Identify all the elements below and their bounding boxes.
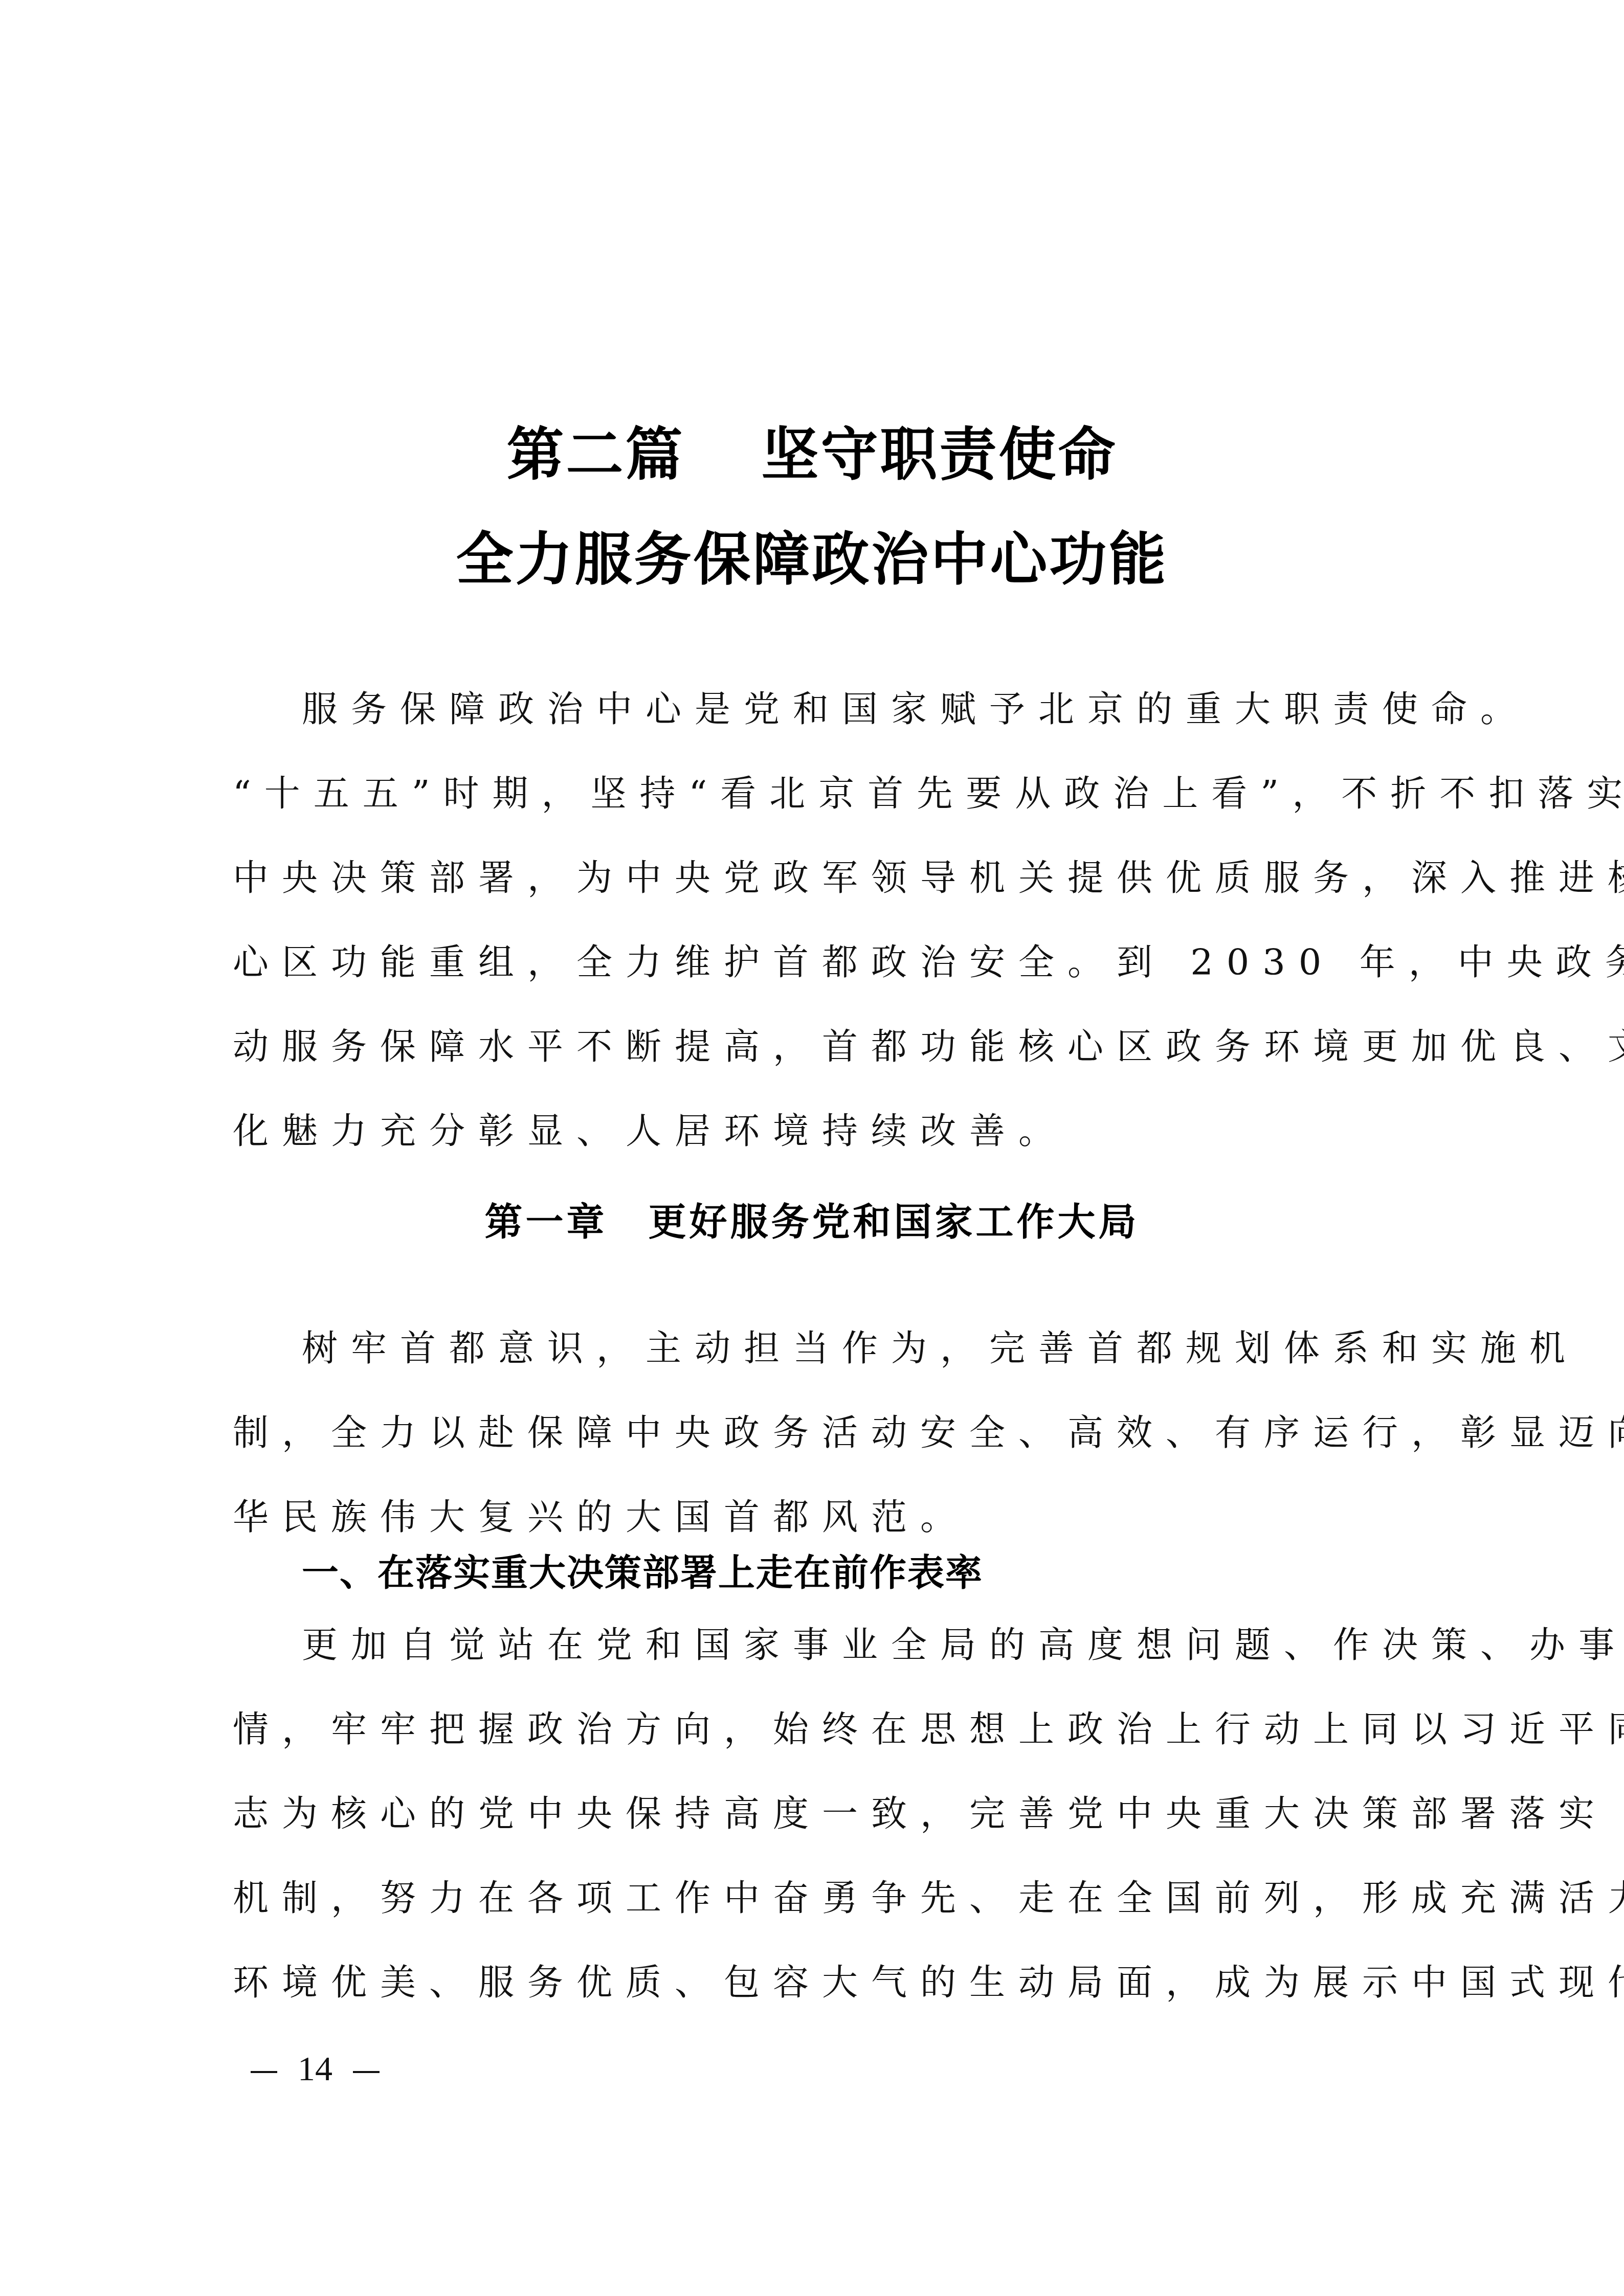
paragraph-line: “十五五”时期，坚持“看北京首先要从政治上看”，不折不扣落实党 <box>233 752 1427 836</box>
dash-left <box>251 2071 277 2073</box>
part-label: 第二篇 <box>507 421 685 488</box>
chapter-heading: 第一章更好服务党和国家工作大局 <box>0 1194 1624 1250</box>
intro-paragraph: 服务保障政治中心是党和国家赋予北京的重大职责使命。 “十五五”时期，坚持“看北京… <box>233 667 1427 1174</box>
section-paragraph: 更加自觉站在党和国家事业全局的高度想问题、作决策、办事 情，牢牢把握政治方向，始… <box>233 1603 1427 2025</box>
part-title-text: 坚守职责使命 <box>762 421 1118 488</box>
chapter-intro-paragraph: 树牢首都意识，主动担当作为，完善首都规划体系和实施机 制，全力以赴保障中央政务活… <box>233 1307 1427 1560</box>
page-number-value: 14 <box>298 2049 332 2088</box>
paragraph-line: 服务保障政治中心是党和国家赋予北京的重大职责使命。 <box>233 667 1427 752</box>
paragraph-line: 制，全力以赴保障中央政务活动安全、高效、有序运行，彰显迈向中 <box>233 1391 1427 1475</box>
part-title-line-1: 第二篇坚守职责使命 <box>0 422 1624 488</box>
paragraph-line: 中央决策部署，为中央党政军领导机关提供优质服务，深入推进核 <box>233 836 1427 920</box>
paragraph-line: 环境优美、服务优质、包容大气的生动局面，成为展示中国式现代 <box>233 1941 1427 2025</box>
chapter-label: 第一章 <box>485 1200 608 1244</box>
chapter-title: 更好服务党和国家工作大局 <box>649 1200 1140 1244</box>
paragraph-line: 树牢首都意识，主动担当作为，完善首都规划体系和实施机 <box>233 1307 1427 1391</box>
paragraph-line: 更加自觉站在党和国家事业全局的高度想问题、作决策、办事 <box>233 1603 1427 1687</box>
page-number: 14 <box>251 2043 400 2094</box>
section-heading: 一、在落实重大决策部署上走在前作表率 <box>302 1544 983 1601</box>
paragraph-line: 情，牢牢把握政治方向，始终在思想上政治上行动上同以习近平同 <box>233 1687 1427 1772</box>
paragraph-line: 动服务保障水平不断提高，首都功能核心区政务环境更加优良、文 <box>233 1005 1427 1089</box>
part-title-line-2: 全力服务保障政治中心功能 <box>0 527 1624 593</box>
paragraph-line: 心区功能重组，全力维护首都政治安全。到 2030 年，中央政务活 <box>233 920 1427 1005</box>
dash-right <box>353 2071 380 2073</box>
paragraph-line: 化魅力充分彰显、人居环境持续改善。 <box>233 1089 1427 1174</box>
paragraph-line: 机制，努力在各项工作中奋勇争先、走在全国前列，形成充满活力、 <box>233 1856 1427 1941</box>
document-page: 第二篇坚守职责使命 全力服务保障政治中心功能 服务保障政治中心是党和国家赋予北京… <box>0 0 1624 2296</box>
paragraph-line: 志为核心的党中央保持高度一致，完善党中央重大决策部署落实 <box>233 1772 1427 1856</box>
